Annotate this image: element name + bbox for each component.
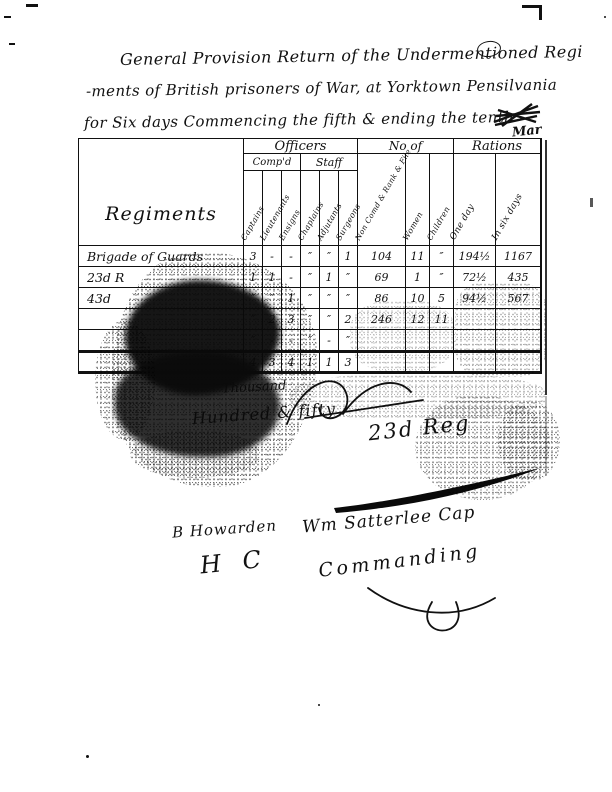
table-cell (496, 330, 541, 351)
ink-speck (318, 704, 320, 706)
table-cell: 11 (406, 246, 430, 267)
total-cell (496, 351, 541, 372)
title-line-2: -ments of British prisoners of War, at Y… (86, 76, 557, 101)
table-cell: 5 (430, 288, 454, 309)
table-cell: ″ (263, 288, 282, 309)
table-cell: ″ (430, 267, 454, 288)
scan-mark (4, 16, 11, 18)
table-cell: ″ (320, 309, 339, 330)
table-cell: 3 (282, 309, 301, 330)
column-header-rank-and-file: Non Comd & Rank & File (358, 154, 406, 246)
table-cell: ″ (339, 267, 358, 288)
table-cell: 1167 (496, 246, 541, 267)
total-cell: 4 (244, 351, 263, 372)
table-cell: - (263, 246, 282, 267)
table-cell: 12 (406, 309, 430, 330)
scan-mark (26, 4, 38, 7)
table-cell: ″ (320, 288, 339, 309)
ink-blot-tail (130, 430, 260, 478)
ink-speck (604, 16, 606, 18)
rations-group-header: Rations (454, 139, 541, 154)
page-fold-line (545, 140, 547, 395)
table-cell: 1 (320, 267, 339, 288)
table-cell: ″ (339, 330, 358, 351)
table-cell: - (282, 246, 301, 267)
regiment-name (79, 330, 244, 351)
regiments-header-label: Regiments (105, 203, 217, 225)
ink-swoosh (330, 460, 545, 518)
regiment-name: Brigade of Guards (79, 246, 244, 267)
table-cell (406, 330, 430, 351)
table-cell: 567 (496, 288, 541, 309)
table-cell: 1 (339, 246, 358, 267)
total-cell (454, 351, 496, 372)
regiment-name: 23d R (79, 267, 244, 288)
table-cell: - (282, 267, 301, 288)
document-page: General Provision Return of the Undermen… (0, 0, 612, 792)
scan-mark (539, 5, 542, 20)
signature-left-initials: H C (199, 545, 269, 580)
column-header-six-days: In six days (496, 154, 541, 246)
table-cell: ″ (301, 288, 320, 309)
page-fold-line (545, 396, 547, 476)
table-cell: 94½ (454, 288, 496, 309)
title-line-1: General Provision Return of the Undermen… (120, 42, 583, 69)
table-cell (454, 330, 496, 351)
regiment-name: 43d (79, 288, 244, 309)
table-cell: 1 (244, 267, 263, 288)
ink-speck (86, 755, 89, 758)
table-cell: ″ (301, 309, 320, 330)
table-cell: 1 (282, 288, 301, 309)
column-header-one-day: One day (454, 154, 496, 246)
signature-flourish (360, 580, 510, 645)
table-cell: ″ (430, 246, 454, 267)
title-line-3: for Six days Commencing the fifth & endi… (84, 108, 514, 132)
table-cell: - (263, 330, 282, 351)
regiment-name (79, 351, 244, 372)
signature-right-role: Commanding (317, 540, 482, 582)
table-cell: 69 (358, 267, 406, 288)
table-cell: 104 (358, 246, 406, 267)
scan-mark (9, 43, 15, 45)
regiment-name (79, 309, 244, 330)
table-cell: ″ (301, 246, 320, 267)
table-cell: ″ (320, 246, 339, 267)
table-cell: 2 (339, 309, 358, 330)
table-cell (496, 309, 541, 330)
table-cell: - (282, 330, 301, 351)
regiments-header-cell: Regiments (79, 139, 244, 246)
table-cell: 246 (358, 309, 406, 330)
table-cell: ″ (244, 288, 263, 309)
table-cell: ″ (244, 330, 263, 351)
signature-left-name: B Howarden (172, 516, 278, 541)
table-cell: 1 (263, 267, 282, 288)
staff-subgroup-header: Staff (301, 154, 358, 171)
column-header-women: Women (406, 154, 430, 246)
table-cell: 72½ (454, 267, 496, 288)
officers-group-header: Officers (244, 139, 358, 154)
provision-return-table: Regiments Officers No of Rations Comp'd … (78, 138, 542, 374)
table-cell: 10 (406, 288, 430, 309)
table-cell: - (320, 330, 339, 351)
compd-subgroup-header: Comp'd (244, 154, 301, 171)
table-cell: ″ (244, 309, 263, 330)
table-cell: 11 (430, 309, 454, 330)
table-cell: 1 (406, 267, 430, 288)
table-cell: ″ (339, 288, 358, 309)
table-cell: ″ (301, 267, 320, 288)
table-cell (430, 330, 454, 351)
table-cell: 3 (244, 246, 263, 267)
scan-mark (590, 198, 593, 207)
table-cell: 86 (358, 288, 406, 309)
table-cell: 2 (263, 309, 282, 330)
table-cell: 194½ (454, 246, 496, 267)
table-cell (358, 330, 406, 351)
table-cell: 435 (496, 267, 541, 288)
table-cell: ″ (301, 330, 320, 351)
total-cell (430, 351, 454, 372)
table-cell (454, 309, 496, 330)
